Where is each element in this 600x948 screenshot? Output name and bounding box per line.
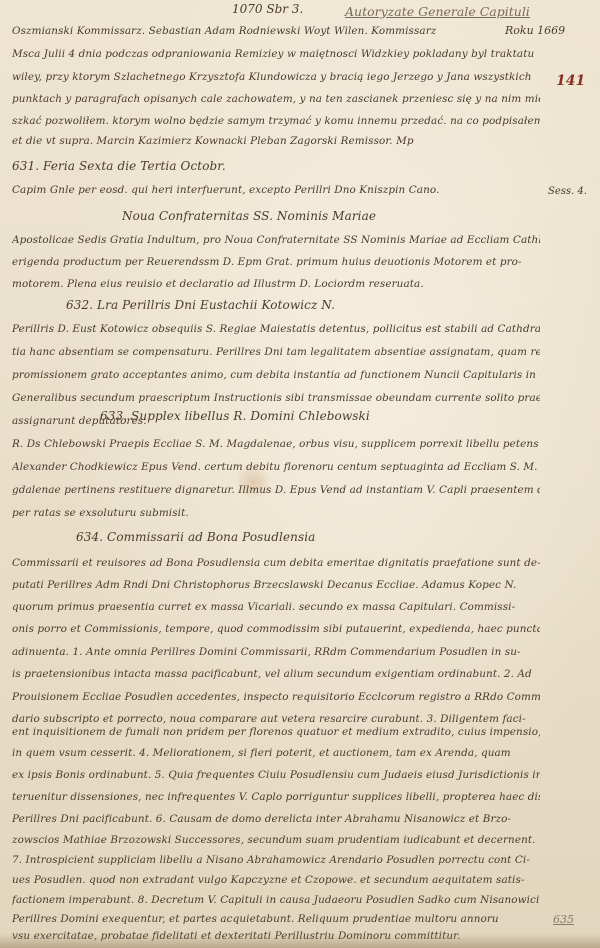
entry-line: per ratas se exsoluturu submisit. [12, 506, 540, 520]
entry-line: onis porro et Commissionis, tempore, quo… [12, 622, 540, 636]
entry-title: Commissarii ad Bona Posudlensia [107, 530, 315, 544]
entry-line: ex ipsis Bonis ordinabunt. 5. Quia frequ… [12, 768, 540, 782]
entry-line: promissionem grato acceptantes animo, cu… [12, 368, 540, 382]
polish-line: szkać pozwoliłem. ktorym wolno będzie sa… [12, 114, 540, 128]
entry-line: ent inquisitionem de fumali non pridem p… [12, 725, 540, 739]
entry-number: 632. [66, 298, 93, 312]
entry-line: Capim Gnle per eosd. qui heri interfueru… [12, 183, 540, 197]
polish-line: wiley, przy ktorym Szlachetnego Krzyszto… [12, 70, 540, 84]
entry-title: Supplex libellus R. Domini Chlebowski [131, 409, 370, 423]
entry-line: erigenda productum per Reuerendssm D. Ep… [12, 255, 540, 269]
entry-title: Feria Sexta die Tertia Octobr. [43, 159, 226, 173]
polish-line: et die vt supra. Marcin Kazimierz Kownac… [12, 134, 540, 148]
entry-line: R. Ds Chlebowski Praepis Eccliae S. M. M… [12, 437, 540, 451]
confraternitas-heading: Noua Confraternitas SS. Nominis Mariae [122, 209, 540, 223]
entry-line: is praetensionibus intacta massa pacific… [12, 667, 540, 681]
polish-line: Oszmianski Kommissarz. Sebastian Adam Ro… [12, 24, 540, 38]
entry-line: gdalenae pertinens restituere dignaretur… [12, 483, 540, 497]
entry-line: adinuenta. 1. Ante omnia Perillres Domin… [12, 645, 540, 659]
entry-632-heading: 632. Lra Perillris Dni Eustachii Kotowic… [66, 298, 540, 312]
entry-number: 634. [76, 530, 103, 544]
entry-line: 7. Introspicient suppliciam libellu a Ni… [12, 853, 540, 867]
entry-line: Perillres Domini exequentur, et partes a… [12, 912, 540, 926]
manuscript-page: 1070 Sbr 3. Autoryzate Generale Capituli… [0, 0, 600, 948]
polish-line: Msca Julii 4 dnia podczas odpraniowania … [12, 47, 540, 61]
session-note: Sess. 4. [548, 186, 587, 197]
entry-line: ues Posudlen. quod non extradant vulgo K… [12, 873, 540, 887]
entry-number: 633. [100, 409, 127, 423]
top-right-note: Autoryzate Generale Capituli [345, 4, 530, 19]
entry-title: Lra Perillris Dni Eustachii Kotowicz N. [97, 298, 335, 312]
entry-631-heading: 631. Feria Sexta die Tertia Octobr. [12, 159, 540, 173]
entry-line: Apostolicae Sedis Gratia Indultum, pro N… [12, 233, 540, 247]
folio-number: 635 [553, 913, 574, 926]
entry-633-heading: 633. Supplex libellus R. Domini Chlebows… [100, 409, 540, 423]
entry-line: factionem imperabunt. 8. Decretum V. Cap… [12, 893, 540, 907]
entry-line: quorum primus praesentia curret ex massa… [12, 600, 540, 614]
entry-line: tia hanc absentiam se compensaturu. Peri… [12, 345, 540, 359]
entry-line: in quem vsum cesserit. 4. Meliorationem,… [12, 746, 540, 760]
entry-line: teruenitur dissensiones, nec infrequente… [12, 790, 540, 804]
margin-number: 141 [556, 73, 585, 89]
entry-line: Alexander Chodkiewicz Epus Vend. certum … [12, 460, 540, 474]
entry-number: 631. [12, 159, 39, 173]
entry-line: Perillris D. Eust Kotowicz obsequiis S. … [12, 322, 540, 336]
entry-line: vsu exercitatae, probatae fidelitati et … [12, 929, 540, 943]
entry-line: dario subscripto et porrecto, noua compa… [12, 712, 540, 726]
entry-line: Commissarii et reuisores ad Bona Posudle… [12, 556, 540, 570]
entry-line: Prouisionem Eccliae Posudlen accedentes,… [12, 690, 540, 704]
entry-line: Generalibus secundum praescriptum Instru… [12, 391, 540, 405]
polish-line: punktach y paragrafach opisanych cale za… [12, 92, 540, 106]
entry-line: motorem. Plena eius reuisio et declarati… [12, 277, 540, 291]
entry-line: Perillres Dni pacificabunt. 6. Causam de… [12, 812, 540, 826]
entry-line: putati Perillres Adm Rndi Dni Christopho… [12, 578, 540, 592]
entry-634-heading: 634. Commissarii ad Bona Posudlensia [76, 530, 540, 544]
top-note: 1070 Sbr 3. [232, 2, 303, 16]
entry-line: zowscios Mathiae Brzozowski Successores,… [12, 833, 540, 847]
